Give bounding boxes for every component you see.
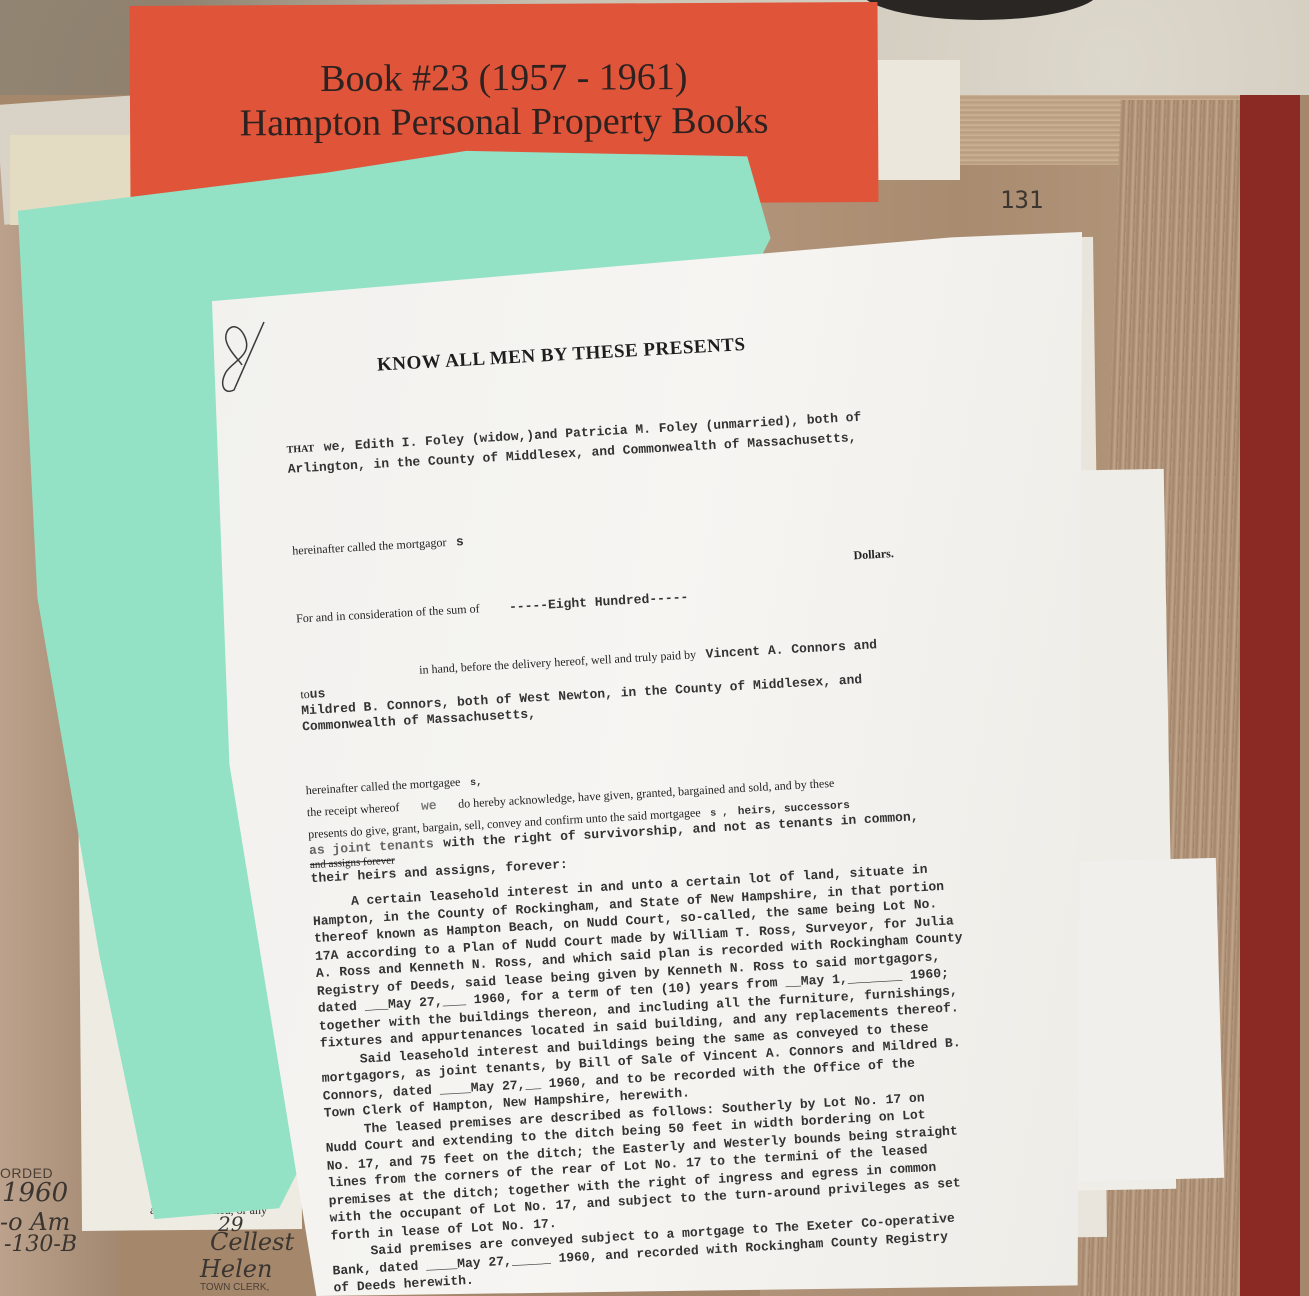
handwritten-page: -130-B	[4, 1232, 77, 1257]
payee-address: Mildred B. Connors, both of West Newton,…	[301, 672, 863, 718]
that-label: THAT	[286, 443, 314, 456]
label-title: Book #23 (1957 - 1961)	[130, 54, 878, 102]
mortgagee-suffix: s,	[470, 777, 483, 789]
receipt-value: we	[421, 798, 437, 814]
handwritten-year: 1960	[2, 1178, 68, 1208]
payee-names: Vincent A. Connors and	[705, 637, 877, 662]
deed-title: KNOW ALL MEN BY THESE PRESENTS	[377, 334, 747, 377]
town-clerk-label: TOWN CLERK,	[200, 1282, 269, 1293]
mortgagor-suffix: s	[456, 534, 465, 549]
hereinafter-mortgagee-label: hereinafter called the mortgagee	[305, 775, 460, 798]
consideration-label: For and in consideration of the sum of	[296, 601, 480, 625]
deed-document: KNOW ALL MEN BY THESE PRESENTS THAT we, …	[280, 291, 1027, 1189]
mortgagor-designation: hereinafter called the mortgagor s	[292, 532, 464, 560]
label-subtitle: Hampton Personal Property Books	[130, 98, 878, 146]
dollars-label-row: Dollars.	[853, 544, 894, 564]
pencil-mark-icon	[214, 310, 274, 400]
dollars-label: Dollars.	[853, 546, 894, 562]
handwritten-name: Cellest	[210, 1228, 294, 1256]
handwritten-signature: Helen	[200, 1255, 272, 1283]
page-number: 131	[1000, 186, 1043, 214]
paid-label: in hand, before the delivery hereof, wel…	[419, 647, 697, 676]
deed-body: A certain leasehold interest in and unto…	[312, 859, 981, 1296]
hereinafter-mortgagor-label: hereinafter called the mortgagor	[292, 535, 447, 558]
ledger-cover	[1240, 95, 1300, 1296]
sum-value: -----Eight Hundred-----	[509, 590, 689, 615]
receipt-label: the receipt whereof	[307, 800, 400, 819]
consideration-line: For and in consideration of the sum of -…	[296, 588, 689, 628]
